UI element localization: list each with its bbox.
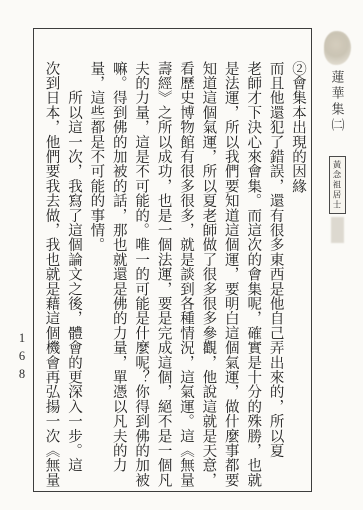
- main-text-block: ②會集本出現的因緣 而且他還犯了錯誤，還有很多東西是他自己弄出來的，所以夏 老師…: [37, 61, 309, 491]
- text-column: 是法運，所以我們要知道這個運，要明白這個氣運，做什麼事都要: [219, 61, 241, 491]
- text-column: 次到日本，他們要我去做，我也就是藉這個機會再弘揚一次《無量: [40, 61, 62, 491]
- text-column: 而且他還犯了錯誤，還有很多東西是他自己弄出來的，所以夏: [264, 61, 286, 491]
- author-label-box: 黃念祖居士: [329, 156, 346, 214]
- text-column: 嘛。得到佛的加被的話，那也就還是佛的力量，單憑以凡夫的力: [107, 61, 129, 491]
- text-column: 量，這些都是不可能的事情。: [85, 61, 107, 491]
- text-column: 夫的力量，這是不可能的。唯一的可能是什麼呢？你得到佛的加被: [130, 61, 152, 491]
- page-number: 168: [14, 331, 29, 393]
- faded-stamp-icon: [331, 217, 344, 243]
- text-column: 知道這個氣運，所以夏老師做了很多很多參觀，他說這就是天意，: [197, 61, 219, 491]
- text-column: 老師才下決心來會集。而這次的會集呢，確實是十分的殊勝，也就: [242, 61, 264, 491]
- text-column: 看歷史博物館有很多很多，就是談到各種情況，這氣運。這《無量: [175, 61, 197, 491]
- margin-header: 蓮華集㈡ 黃念祖居士: [316, 31, 358, 261]
- book-page: 蓮華集㈡ 黃念祖居士 ②會集本出現的因緣 而且他還犯了錯誤，還有很多東西是他自己…: [0, 0, 363, 510]
- text-column: 壽經》之所以成功，也是一個法運，要是完成這個，絕不是一個凡: [152, 61, 174, 491]
- book-title: 蓮華集㈡: [328, 70, 347, 148]
- author-label: 黃念祖居士: [331, 160, 343, 210]
- section-heading: ②會集本出現的因緣: [287, 61, 309, 491]
- scanned-book-page: { "margin": { "book_title": "蓮華集㈡", "aut…: [0, 0, 363, 510]
- text-column: 所以這一次，我寫了這個論文之後，體會的更深入一步。這: [63, 61, 85, 491]
- seal-stamp-icon: [324, 31, 351, 65]
